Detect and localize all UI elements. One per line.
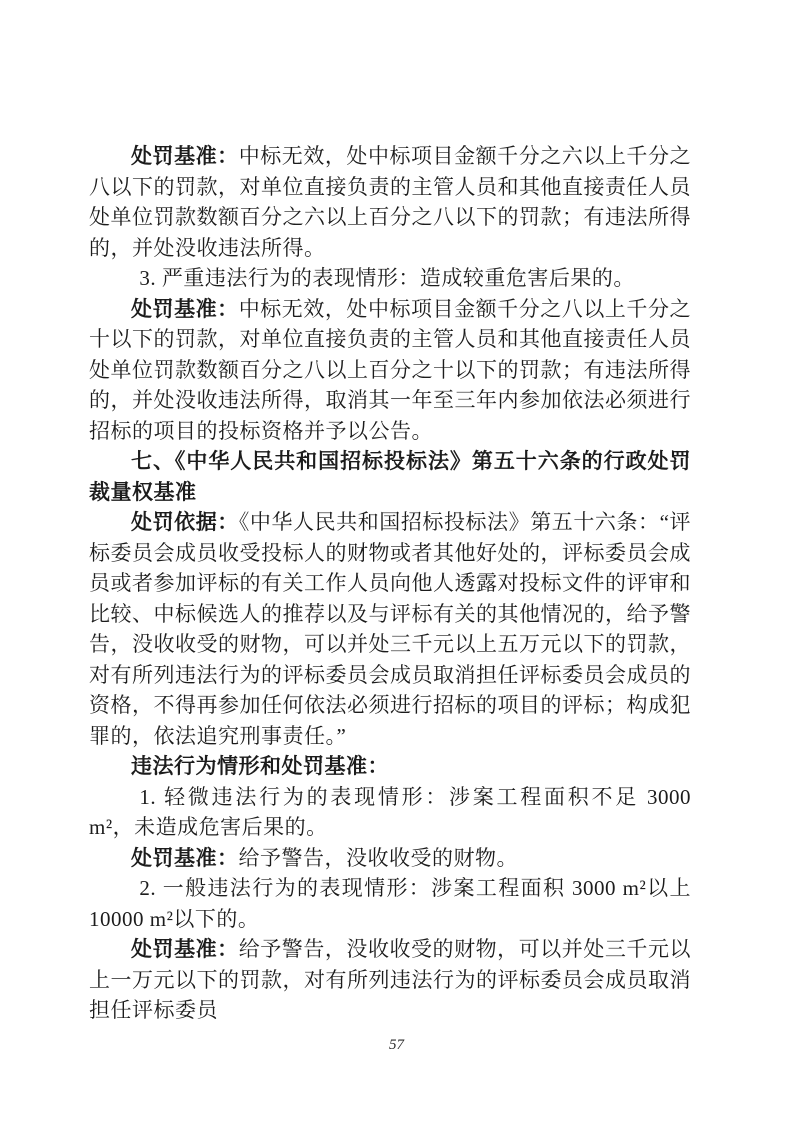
paragraph-penalty-basis-4: 处罚基准：给予警告，没收收受的财物，可以并处三千元以上一万元以下的罚款，对有所列… <box>89 934 691 1026</box>
section-heading-article-56: 七、《中华人民共和国招标投标法》第五十六条的行政处罚裁量权基准 <box>89 446 691 507</box>
paragraph-penalty-basis-2: 处罚基准：中标无效，处中标项目金额千分之八以上千分之十以下的罚款，对单位直接负责… <box>89 294 691 447</box>
paragraph-text: 《中华人民共和国招标投标法》第五十六条：“评标委员会成员收受投标人的财物或者其他… <box>89 510 691 748</box>
paragraph-text: 3. 严重违法行为的表现情形：造成较重危害后果的。 <box>139 266 635 290</box>
list-item-severe-violation: 3. 严重违法行为的表现情形：造成较重危害后果的。 <box>89 263 691 294</box>
heading-text: 七、《中华人民共和国招标投标法》第五十六条的行政处罚裁量权基准 <box>89 449 691 504</box>
page-footer: 57 <box>0 1036 793 1054</box>
subheading-violation-situations: 违法行为情形和处罚基准： <box>89 751 691 782</box>
document-page: 处罚基准：中标无效，处中标项目金额千分之六以上千分之八以下的罚款，对单位直接负责… <box>0 0 793 1122</box>
paragraph-penalty-basis-1: 处罚基准：中标无效，处中标项目金额千分之六以上千分之八以下的罚款，对单位直接负责… <box>89 141 691 263</box>
paragraph-lead-label: 处罚基准： <box>131 846 239 870</box>
page-number: 57 <box>389 1037 404 1053</box>
paragraph-lead-label: 处罚基准： <box>131 937 239 961</box>
paragraph-lead-label: 处罚依据： <box>131 510 239 534</box>
paragraph-penalty-basis-3: 处罚基准：给予警告，没收收受的财物。 <box>89 843 691 874</box>
paragraph-text: 1. 轻微违法行为的表现情形：涉案工程面积不足 3000 m²，未造成危害后果的… <box>89 785 691 840</box>
paragraph-lead-label: 处罚基准： <box>131 297 239 321</box>
paragraph-text: 给予警告，没收收受的财物。 <box>239 846 519 870</box>
document-body: 处罚基准：中标无效，处中标项目金额千分之六以上千分之八以下的罚款，对单位直接负责… <box>89 141 691 1026</box>
paragraph-text: 2. 一般违法行为的表现情形：涉案工程面积 3000 m²以上 10000 m²… <box>89 876 691 931</box>
subheading-text: 违法行为情形和处罚基准： <box>131 754 389 778</box>
list-item-minor-violation: 1. 轻微违法行为的表现情形：涉案工程面积不足 3000 m²，未造成危害后果的… <box>89 782 691 843</box>
paragraph-penalty-legal-basis: 处罚依据：《中华人民共和国招标投标法》第五十六条：“评标委员会成员收受投标人的财… <box>89 507 691 751</box>
list-item-general-violation: 2. 一般违法行为的表现情形：涉案工程面积 3000 m²以上 10000 m²… <box>89 873 691 934</box>
paragraph-lead-label: 处罚基准： <box>131 144 239 168</box>
